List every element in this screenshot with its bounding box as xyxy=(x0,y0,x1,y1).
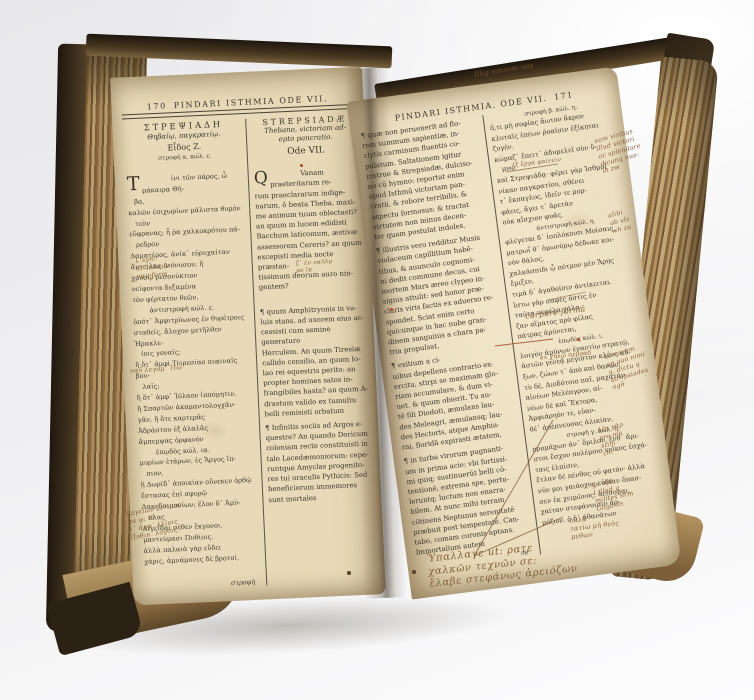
latin-paragraph-3: ¶ Infinitis sociis ad Argos e- questre? … xyxy=(265,419,376,505)
greek-drop-cap: Τ xyxy=(127,175,142,193)
worm-hole xyxy=(412,570,416,574)
latin-dedication: Thebano, victoriam ad- epto pancratio. xyxy=(252,123,360,146)
right-latin-paragraph-1: ¶ quæ non peruenerit ad flo- rem summum … xyxy=(360,116,494,243)
left-page-number: 170 xyxy=(147,101,167,111)
red-fleck xyxy=(577,338,580,341)
red-fleck xyxy=(300,164,303,167)
right-latin-paragraph-3: ¶ exitium a ci- uibus depellens contrari… xyxy=(391,346,522,453)
greek-verse-2: φλέγεται δ᾽ ἰοπλόκοισι Μοίσαις, ματρωΐ θ… xyxy=(504,221,642,342)
annotation-left-margin-1: L syn: ut Ἰόλαον ναμ form xyxy=(135,255,170,281)
red-fleck xyxy=(390,308,393,311)
annotation-left-interlinear: ζ᾽ ἐν ναῦλμ μο ἴκ xyxy=(296,259,334,276)
latin-drop-cap: Q xyxy=(254,170,271,187)
photo-background: 170 PINDARI ISTHMIA ODE VII. ΣΤΡΕΨΙΑΔΗ Θ… xyxy=(0,0,754,700)
right-latin-paragraph-2: ¶ illustris vero redditur Musis violaceu… xyxy=(376,231,510,358)
left-catchword: στροφὴ xyxy=(145,578,263,591)
latin-paragraph-2: ¶ quum Amphitryonis in va- luis stans, a… xyxy=(260,302,372,419)
worm-hole xyxy=(347,571,351,575)
right-latin-paragraph-4: ¶ in turba virorum pugnanti- um in prima… xyxy=(403,441,535,558)
